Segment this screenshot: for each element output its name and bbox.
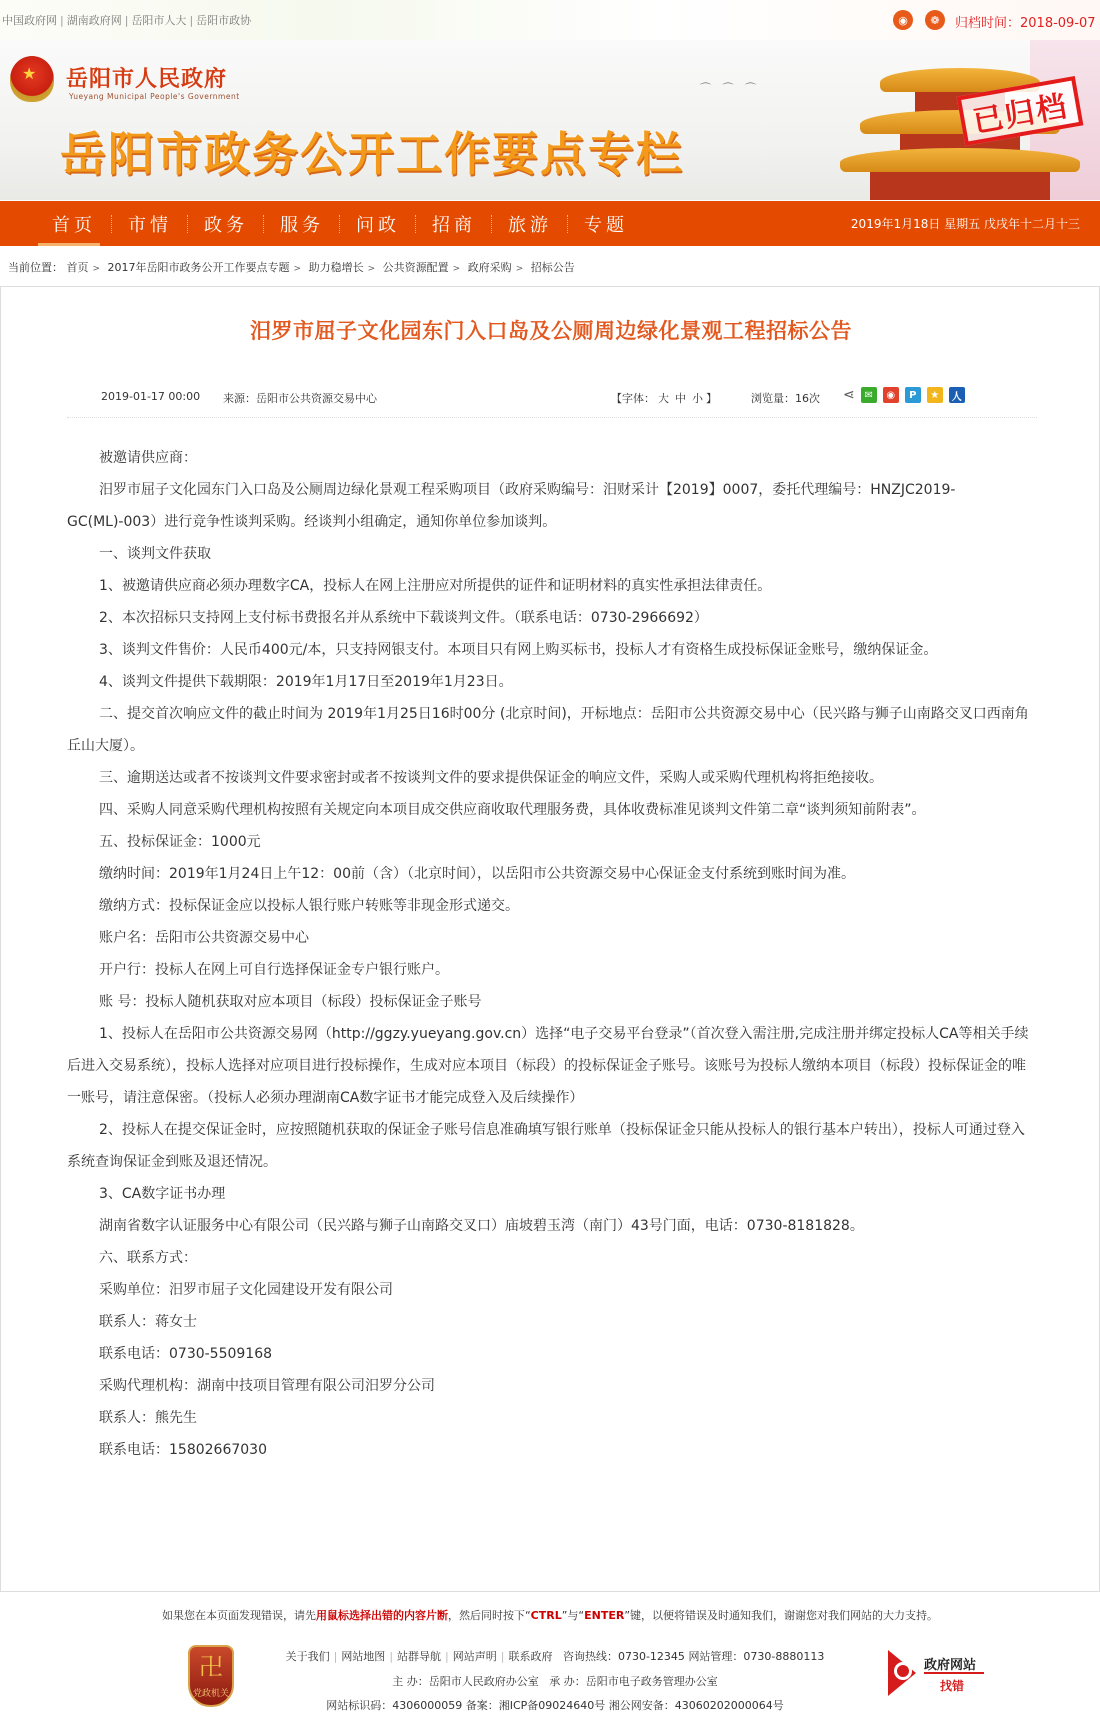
chevron-right-icon: > <box>93 264 101 274</box>
key-enter: ENTER <box>584 1609 624 1622</box>
paragraph: 一、谈判文件获取 <box>67 538 1037 570</box>
nav-topics[interactable]: 专题 <box>568 201 644 246</box>
undertaker-org: 承 办：岳阳市电子政务管理办公室 <box>549 1675 718 1688</box>
view-count: 浏览量：16次 <box>751 390 820 406</box>
link-yueyang-npc[interactable]: 岳阳市人大 <box>131 14 186 27</box>
link-china-gov[interactable]: 中国政府网 <box>2 14 57 27</box>
article-container: 汨罗市屈子文化园东门入口岛及公厕周边绿化景观工程招标公告 2019-01-17 … <box>0 286 1100 1592</box>
paragraph: 2、投标人在提交保证金时，应按照随机获取的保证金子账号信息准确填写银行账单（投标… <box>67 1114 1037 1178</box>
paragraph: 联系人：蒋女士 <box>67 1306 1037 1338</box>
breadcrumb-home[interactable]: 首页 <box>67 261 89 274</box>
hotline: 咨询热线：0730-12345 <box>563 1650 685 1663</box>
error-report-note: 如果您在本页面发现错误，请先用鼠标选择出错的内容片断，然后同时按下“CTRL”与… <box>0 1607 1100 1623</box>
top-bar: 中国政府网|湖南政府网|岳阳市人大|岳阳市政协 ◉ ❁ 归档时间：2018-09… <box>0 0 1100 40</box>
breadcrumb-special-topic[interactable]: 2017年岳阳市政务公开工作要点专题 <box>108 261 290 274</box>
paragraph: 4、谈判文件提供下载期限：2019年1月17日至2019年1月23日。 <box>67 666 1037 698</box>
nav-government-affairs[interactable]: 政务 <box>188 201 264 246</box>
article-source: 来源：岳阳市公共资源交易中心 <box>223 390 377 406</box>
breadcrumb-tender-notice[interactable]: 招标公告 <box>531 261 575 274</box>
paragraph: 五、投标保证金：1000元 <box>67 826 1037 858</box>
paragraph: 六、联系方式： <box>67 1242 1037 1274</box>
paragraph: 二、提交首次响应文件的截止时间为 2019年1月25日16时00分 (北京时间)… <box>67 698 1037 762</box>
nav-city-info[interactable]: 市情 <box>112 201 188 246</box>
paragraph: 3、CA数字证书办理 <box>67 1178 1037 1210</box>
icp-record[interactable]: 备案：湘ICP备09024640号 <box>466 1699 606 1712</box>
find-error-title: 政府网站 <box>924 1654 976 1673</box>
paragraph: 采购代理机构：湖南中技项目管理有限公司汨罗分公司 <box>67 1370 1037 1402</box>
share-bar: ⋖ ✉ ◉ P ★ 人 <box>843 387 965 403</box>
font-size-medium[interactable]: 中 <box>675 392 686 405</box>
share-icon[interactable]: ⋖ <box>843 387 855 403</box>
font-size-small[interactable]: 小 <box>692 392 703 405</box>
font-size-close: 】 <box>706 392 717 405</box>
font-size-switcher: 【字体：大中小】 <box>611 390 717 406</box>
paragraph: 联系电话：0730-5509168 <box>67 1338 1037 1370</box>
site-name-en: Yueyang Municipal People's Government <box>69 92 240 101</box>
paragraph: 2、本次招标只支持网上支付标书费报名并从系统中下载谈判文件。（联系电话：0730… <box>67 602 1037 634</box>
separator: | <box>189 14 193 27</box>
paragraph: 缴纳时间：2019年1月24日上午12：00前（含）（北京时间），以岳阳市公共资… <box>67 858 1037 890</box>
paragraph: 账 号：投标人随机获取对应本项目（标段）投标保证金子账号 <box>67 986 1037 1018</box>
paragraph: 缴纳方式：投标保证金应以投标人银行账户转账等非现金形式递交。 <box>67 890 1037 922</box>
current-date: 2019年1月18日 星期五 戊戌年十二月十三 <box>851 215 1080 232</box>
chevron-right-icon: > <box>516 264 524 274</box>
weibo-share-icon[interactable]: ◉ <box>883 387 899 403</box>
admin-phone: 网站管理：0730-8880113 <box>688 1650 824 1663</box>
chevron-right-icon: > <box>294 264 302 274</box>
paragraph: 采购单位：汨罗市屈子文化园建设开发有限公司 <box>67 1274 1037 1306</box>
archive-time: 归档时间：2018-09-07 <box>955 12 1096 31</box>
paragraph: 3、谈判文件售价：人民币400元/本，只支持网银支付。本项目只有网上购买标书，投… <box>67 634 1037 666</box>
header-banner: ★ 岳阳市人民政府 Yueyang Municipal People's Gov… <box>0 40 1100 200</box>
footer-ids: 网站标识码：4306000059 备案：湘ICP备09024640号 湘公网安备… <box>0 1697 1100 1713</box>
find-error-button[interactable]: 政府网站 找错 <box>888 1650 998 1696</box>
nav-investment[interactable]: 招商 <box>416 201 492 246</box>
font-size-label: 【字体： <box>611 392 655 405</box>
link-yueyang-cppcc[interactable]: 岳阳市政协 <box>196 14 251 27</box>
paragraph: 1、被邀请供应商必须办理数字CA，投标人在网上注册应对所提供的证件和证明材料的真… <box>67 570 1037 602</box>
link-statement[interactable]: 网站声明 <box>453 1650 497 1663</box>
publish-date: 2019-01-17 00:00 <box>101 390 200 403</box>
note-highlight: 用鼠标选择出错的内容片断 <box>316 1609 448 1622</box>
paragraph: 1、投标人在岳阳市公共资源交易网（http://ggzy.yueyang.gov… <box>67 1018 1037 1114</box>
note-text: 如果您在本页面发现错误，请先 <box>162 1609 316 1622</box>
paragraph: 开户行：投标人在网上可自行选择保证金专户银行账户。 <box>67 954 1037 986</box>
link-hunan-gov[interactable]: 湖南政府网 <box>67 14 122 27</box>
meta-divider <box>67 417 1037 418</box>
paragraph: 三、逾期送达或者不按谈判文件要求密封或者不按谈判文件的要求提供保证金的响应文件，… <box>67 762 1037 794</box>
nav-inquiry[interactable]: 问政 <box>340 201 416 246</box>
social-icons: ◉ ❁ <box>893 10 945 30</box>
birds-decoration: ⌒ ⌒ ⌒ <box>700 80 760 96</box>
article-body: 被邀请供应商： 汨罗市屈子文化园东门入口岛及公厕周边绿化景观工程采购项目（政府采… <box>67 442 1037 1466</box>
paragraph: 被邀请供应商： <box>67 442 1037 474</box>
renren-share-icon[interactable]: 人 <box>949 387 965 403</box>
breadcrumb-growth[interactable]: 助力稳增长 <box>309 261 364 274</box>
nav-home[interactable]: 首页 <box>36 201 112 246</box>
host-org: 主 办：岳阳市人民政府办公室 <box>392 1675 539 1688</box>
link-contact-gov[interactable]: 联系政府 <box>508 1650 552 1663</box>
weibo-icon[interactable]: ◉ <box>893 10 913 30</box>
breadcrumb-public-resources[interactable]: 公共资源配置 <box>383 261 449 274</box>
nav-tourism[interactable]: 旅游 <box>492 201 568 246</box>
separator: | <box>125 14 129 27</box>
wechat-share-icon[interactable]: ✉ <box>861 387 877 403</box>
paragraph: 账户名：岳阳市公共资源交易中心 <box>67 922 1037 954</box>
main-nav: 首页 市情 政务 服务 问政 招商 旅游 专题 2019年1月18日 星期五 戊… <box>0 201 1100 246</box>
find-error-sub: 找错 <box>940 1677 964 1694</box>
column-title: 岳阳市政务公开工作要点专栏 <box>60 118 684 184</box>
magnifier-icon <box>894 1662 912 1680</box>
site-id: 网站标识码：4306000059 <box>326 1699 462 1712</box>
font-size-large[interactable]: 大 <box>658 392 669 405</box>
link-site-nav[interactable]: 站群导航 <box>397 1650 441 1663</box>
note-text: ，然后同时按下“ <box>448 1609 531 1622</box>
separator: | <box>60 14 64 27</box>
tencent-weibo-share-icon[interactable]: P <box>905 387 921 403</box>
related-links: 中国政府网|湖南政府网|岳阳市人大|岳阳市政协 <box>2 12 251 28</box>
breadcrumb-label: 当前位置： <box>8 261 63 274</box>
site-name[interactable]: 岳阳市人民政府 <box>66 62 227 93</box>
paragraph: 联系电话：15802667030 <box>67 1434 1037 1466</box>
paragraph: 湖南省数字认证服务中心有限公司（民兴路与狮子山南路交叉口）庙坡碧玉湾（南门）43… <box>67 1210 1037 1242</box>
link-sitemap[interactable]: 网站地图 <box>341 1650 385 1663</box>
chevron-right-icon: > <box>368 264 376 274</box>
national-emblem-icon: ★ <box>10 56 54 102</box>
article-title: 汨罗市屈子文化园东门入口岛及公厕周边绿化景观工程招标公告 <box>1 315 1100 345</box>
paragraph: 四、采购人同意采购代理机构按照有关规定向本项目成交供应商收取代理服务费，具体收费… <box>67 794 1037 826</box>
police-record[interactable]: 湘公网安备：43060202000064号 <box>609 1699 784 1712</box>
key-ctrl: CTRL <box>531 1609 562 1622</box>
breadcrumb: 当前位置： 首页> 2017年岳阳市政务公开工作要点专题> 助力稳增长> 公共资… <box>8 259 575 275</box>
nav-services[interactable]: 服务 <box>264 201 340 246</box>
qzone-share-icon[interactable]: ★ <box>927 387 943 403</box>
note-text: ”键，以便将错误及时通知我们，谢谢您对我们网站的大力支持。 <box>624 1609 938 1622</box>
wechat-icon[interactable]: ❁ <box>925 10 945 30</box>
article-meta: 2019-01-17 00:00 来源：岳阳市公共资源交易中心 【字体：大中小】… <box>101 382 1041 412</box>
breadcrumb-procurement[interactable]: 政府采购 <box>468 261 512 274</box>
paragraph: 联系人：熊先生 <box>67 1402 1037 1434</box>
link-about-us[interactable]: 关于我们 <box>286 1650 330 1663</box>
note-text: ”与“ <box>562 1609 584 1622</box>
paragraph: 汨罗市屈子文化园东门入口岛及公厕周边绿化景观工程采购项目（政府采购编号：汨财采计… <box>67 474 1037 538</box>
chevron-right-icon: > <box>453 264 461 274</box>
